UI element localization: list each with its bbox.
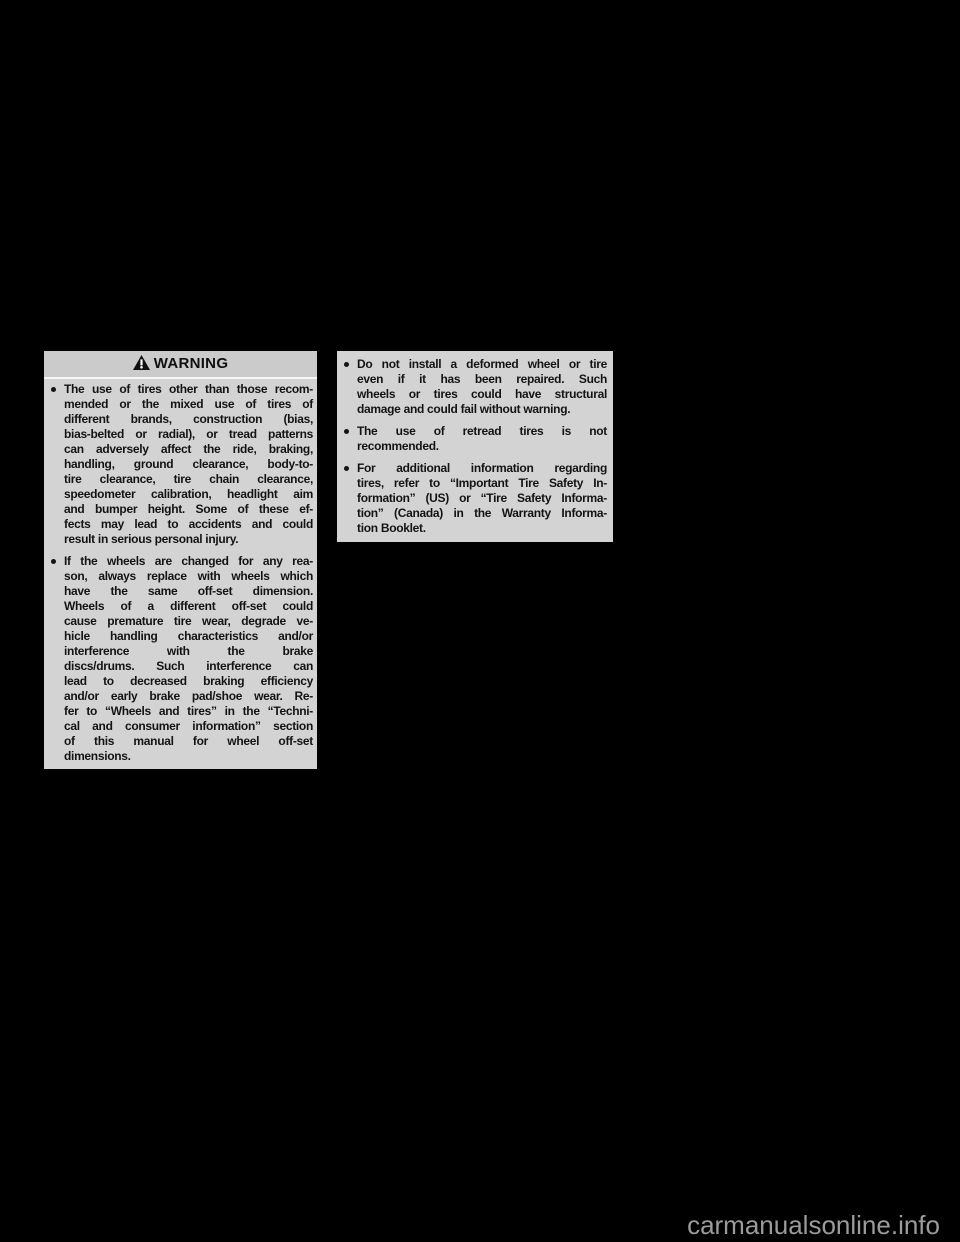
text-line: cal and consumer information” section xyxy=(64,719,313,734)
info-item-text: For additional information regardingtire… xyxy=(357,461,607,536)
text-line: different brands, construction (bias, xyxy=(64,412,313,427)
text-line: If the wheels are changed for any rea- xyxy=(64,554,313,569)
text-line: damage and could fail without warning. xyxy=(357,402,607,417)
text-line: and/or early brake pad/shoe wear. Re- xyxy=(64,689,313,704)
warning-list-item: If the wheels are changed for any rea-so… xyxy=(51,554,313,764)
text-line: The use of retread tires is not xyxy=(357,424,607,439)
text-line: fer to “Wheels and tires” in the “Techni… xyxy=(64,704,313,719)
text-line: hicle handling characteristics and/or xyxy=(64,629,313,644)
info-list-item: The use of retread tires is notrecommend… xyxy=(344,424,607,454)
text-line: lead to decreased braking efficiency xyxy=(64,674,313,689)
text-line: Do not install a deformed wheel or tire xyxy=(357,357,607,372)
text-line: have the same off-set dimension. xyxy=(64,584,313,599)
bullet-icon xyxy=(51,554,64,564)
text-line: handling, ground clearance, body-to- xyxy=(64,457,313,472)
info-list-item: Do not install a deformed wheel or tiree… xyxy=(344,357,607,417)
text-line: cause premature tire wear, degrade ve- xyxy=(64,614,313,629)
warning-body: The use of tires other than those recom-… xyxy=(44,379,317,769)
watermark: carmanualsonline.info xyxy=(687,1212,940,1238)
text-line: tire clearance, tire chain clearance, xyxy=(64,472,313,487)
info-list-item: For additional information regardingtire… xyxy=(344,461,607,536)
text-line: The use of tires other than those recom- xyxy=(64,382,313,397)
warning-title: WARNING xyxy=(154,355,229,372)
warning-item-text: The use of tires other than those recom-… xyxy=(64,382,313,547)
text-line: discs/drums. Such interference can xyxy=(64,659,313,674)
tire-info-box: Do not install a deformed wheel or tiree… xyxy=(337,351,613,542)
text-line: speedometer calibration, headlight aim xyxy=(64,487,313,502)
warning-triangle-icon xyxy=(133,355,150,374)
text-line: even if it has been repaired. Such xyxy=(357,372,607,387)
warning-item-text: If the wheels are changed for any rea-so… xyxy=(64,554,313,764)
text-line: For additional information regarding xyxy=(357,461,607,476)
text-line: Wheels of a different off-set could xyxy=(64,599,313,614)
text-line: tion” (Canada) in the Warranty Informa- xyxy=(357,506,607,521)
text-line: can adversely affect the ride, braking, xyxy=(64,442,313,457)
text-line: and bumper height. Some of these ef- xyxy=(64,502,313,517)
text-line: son, always replace with wheels which xyxy=(64,569,313,584)
bullet-icon xyxy=(51,382,64,392)
bullet-icon xyxy=(344,424,357,434)
info-item-text: The use of retread tires is notrecommend… xyxy=(357,424,607,454)
text-line: mended or the mixed use of tires of xyxy=(64,397,313,412)
bullet-icon xyxy=(344,461,357,471)
text-line: recommended. xyxy=(357,439,607,454)
text-line: tires, refer to “Important Tire Safety I… xyxy=(357,476,607,491)
tire-info-body: Do not install a deformed wheel or tiree… xyxy=(337,351,613,542)
text-line: of this manual for wheel off-set xyxy=(64,734,313,749)
text-line: interference with the brake xyxy=(64,644,313,659)
text-line: dimensions. xyxy=(64,749,313,764)
warning-header: WARNING xyxy=(44,351,317,379)
text-line: result in serious personal injury. xyxy=(64,532,313,547)
warning-list-item: The use of tires other than those recom-… xyxy=(51,382,313,547)
warning-box: WARNING The use of tires other than thos… xyxy=(44,351,317,769)
text-line: formation” (US) or “Tire Safety Informa- xyxy=(357,491,607,506)
text-line: wheels or tires could have structural xyxy=(357,387,607,402)
text-line: bias-belted or radial), or tread pattern… xyxy=(64,427,313,442)
manual-page: WARNING The use of tires other than thos… xyxy=(0,0,960,1242)
text-line: fects may lead to accidents and could xyxy=(64,517,313,532)
bullet-icon xyxy=(344,357,357,367)
text-line: tion Booklet. xyxy=(357,521,607,536)
info-item-text: Do not install a deformed wheel or tiree… xyxy=(357,357,607,417)
